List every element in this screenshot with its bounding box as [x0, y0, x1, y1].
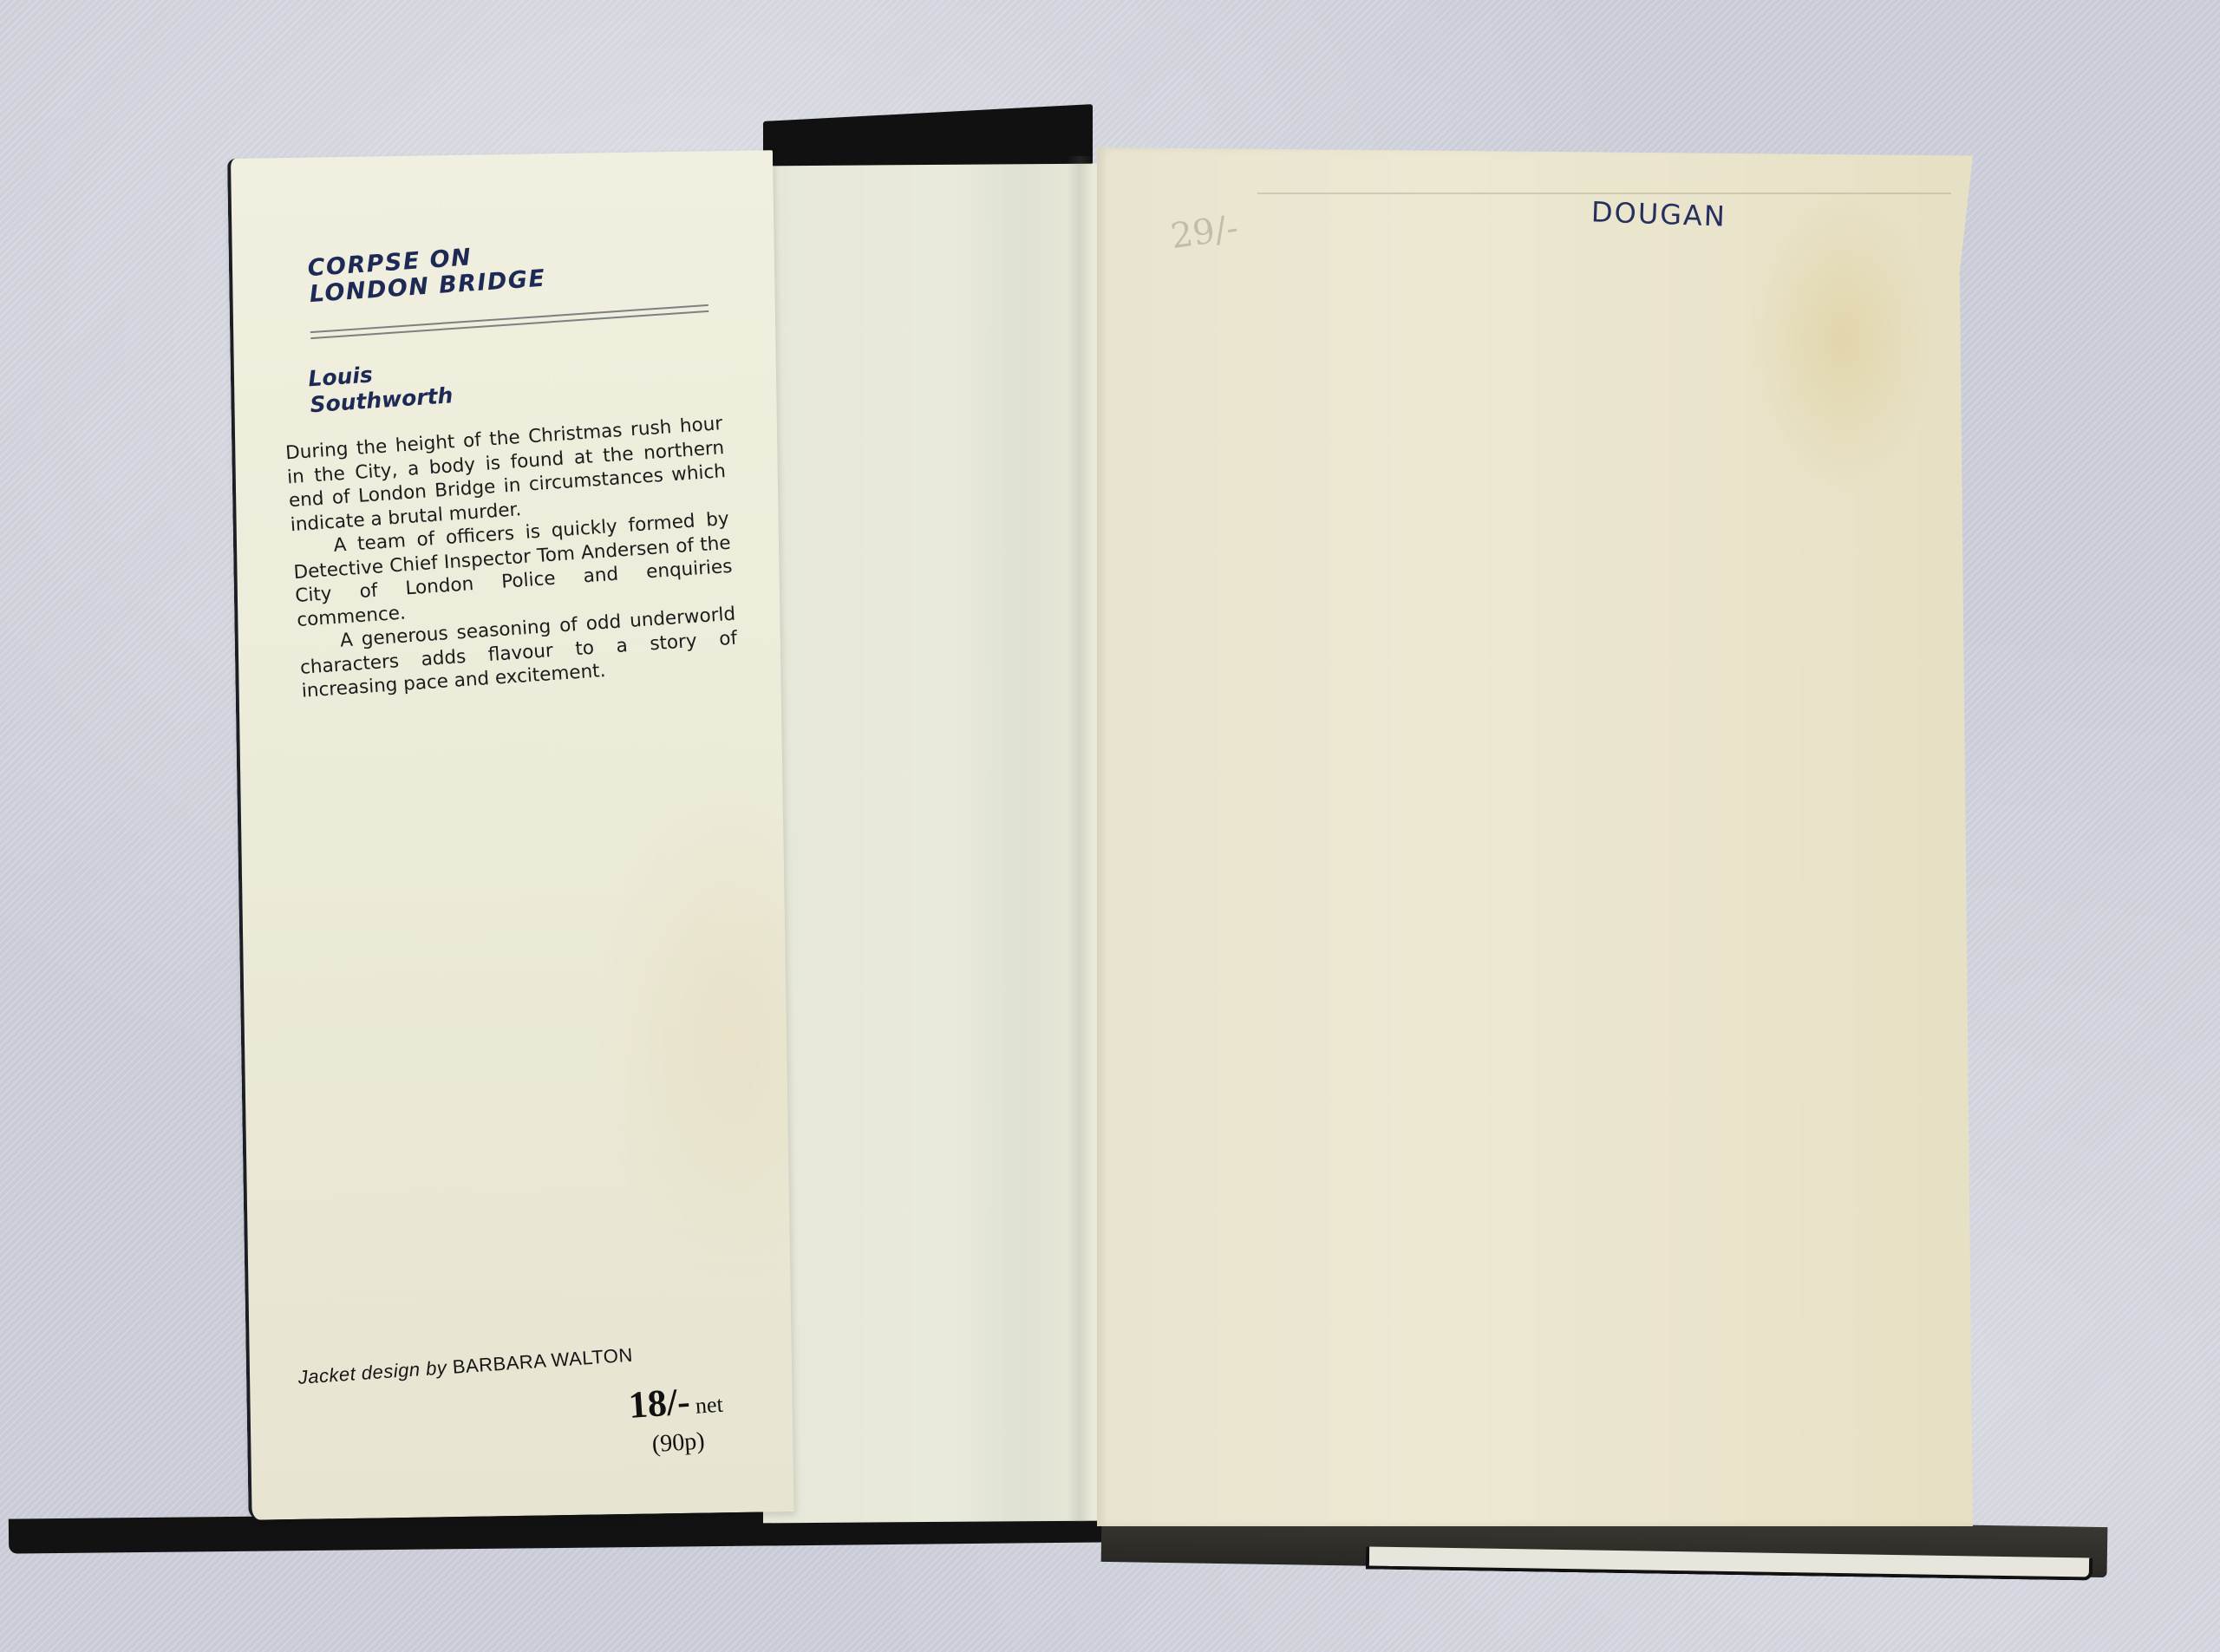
hinge-fold	[1067, 156, 1093, 1522]
endpaper-faint-line	[1257, 193, 1951, 194]
dust-jacket-flap: CORPSE ON LONDON BRIDGE Louis Southworth…	[227, 150, 794, 1520]
credit-label: Jacket design by	[297, 1356, 447, 1388]
price-net-label: net	[695, 1392, 724, 1419]
price-block: 18/-net (90p)	[627, 1377, 726, 1460]
price-shillings: 18/-	[627, 1380, 691, 1427]
blurb: During the height of the Christmas rush …	[284, 412, 739, 703]
photo-scene: 29/- DOUGAN CORPSE ON LONDON BRIDGE Loui…	[0, 0, 2220, 1652]
title-double-rule	[310, 304, 709, 339]
author-name: Louis Southworth	[307, 356, 454, 418]
jacket-design-credit: Jacket design by BARBARA WALTON	[297, 1344, 634, 1389]
price-decimal: (90p)	[630, 1427, 727, 1460]
credit-designer: BARBARA WALTON	[452, 1344, 634, 1378]
book-title: CORPSE ON LONDON BRIDGE	[307, 240, 547, 308]
handwritten-owner-name: DOUGAN	[1590, 195, 1727, 232]
front-endpaper	[1097, 147, 1973, 1526]
